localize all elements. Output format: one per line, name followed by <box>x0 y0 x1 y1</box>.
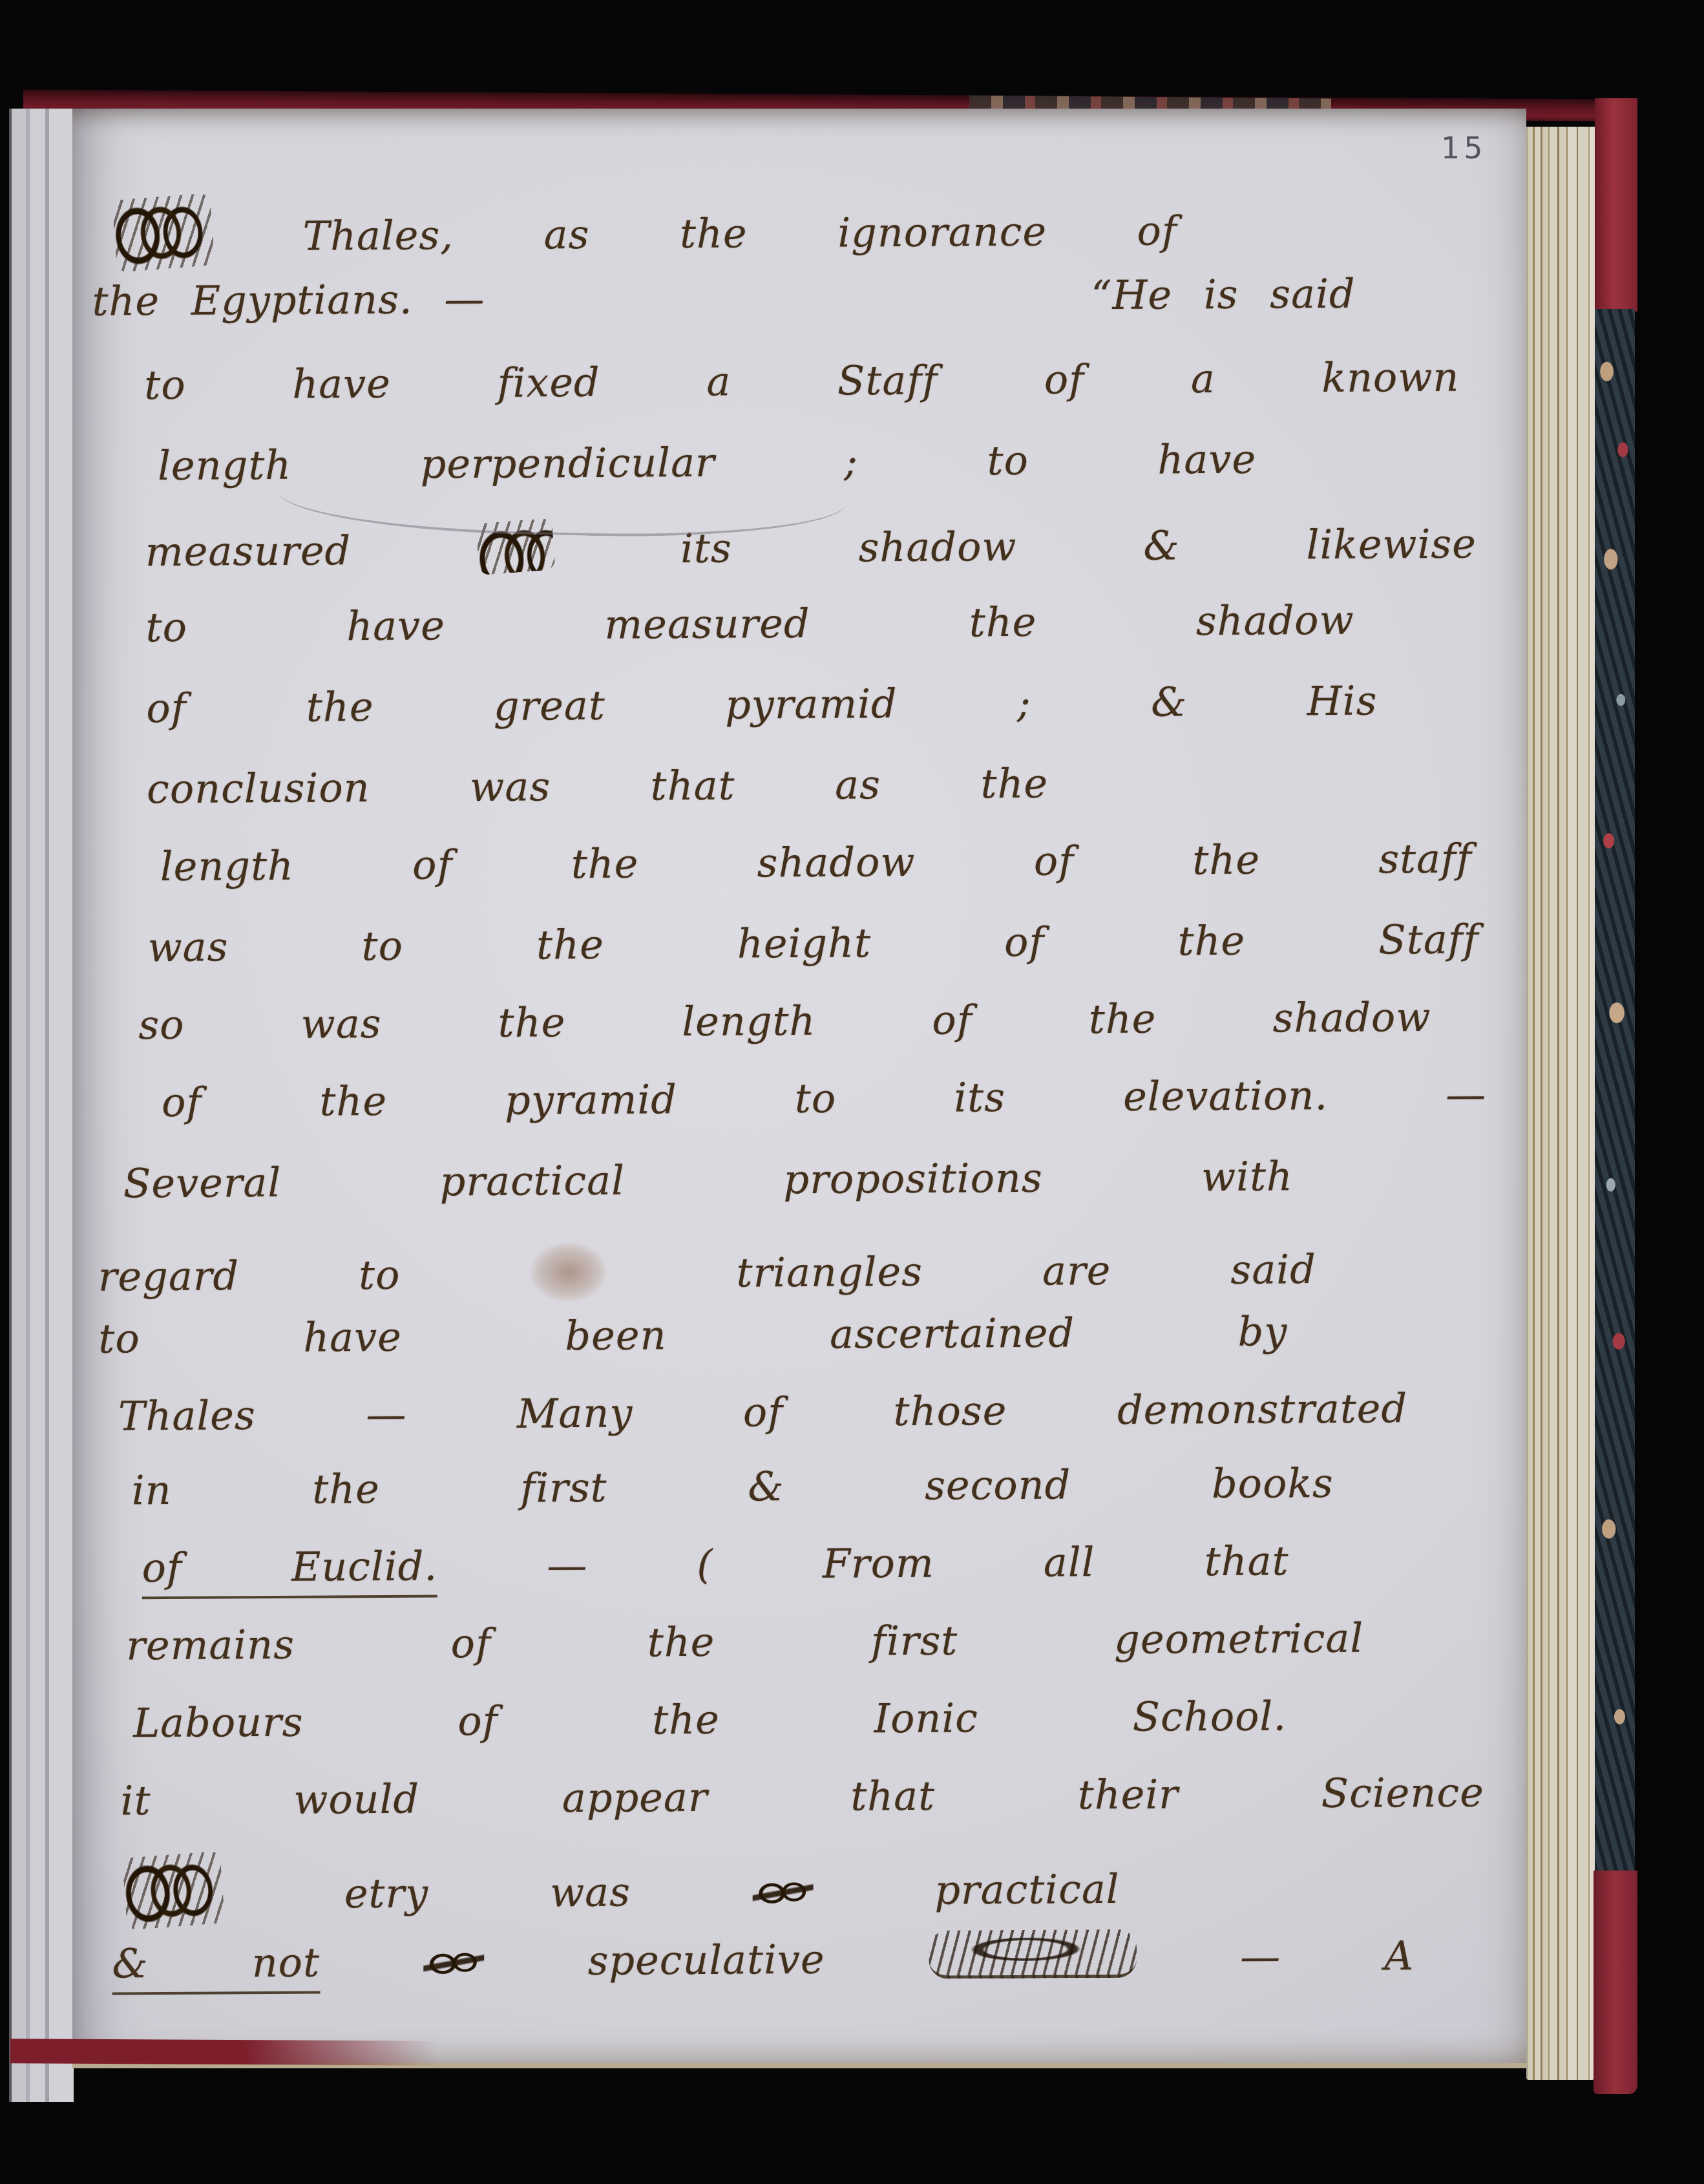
manuscript-line: Labours of the Ionic School. <box>133 1692 1287 1776</box>
manuscript-line: remains of the first geometrical <box>126 1615 1364 1699</box>
handwritten-text: regard to <box>98 1251 401 1300</box>
ink-blot-mark <box>752 1874 813 1912</box>
manuscript-line: so was the length of the shadow <box>138 993 1431 1077</box>
manuscript-line: regard to triangles are said <box>98 1230 1316 1314</box>
handwritten-text: measured <box>145 527 352 575</box>
red-leather-binding-bottom-left <box>10 2039 437 2065</box>
manuscript-line: of Euclid. — ( From all that <box>142 1537 1289 1620</box>
handwritten-text: Several practical propositions with <box>123 1152 1293 1207</box>
handwritten-text: it would appear that their Science <box>121 1769 1484 1825</box>
handwritten-text: the Egyptians. — <box>92 275 485 354</box>
ink-smudge-stain <box>520 1235 617 1310</box>
handwritten-text: “He is said <box>1091 270 1356 348</box>
manuscript-text: Thales, as the ignorance ofthe Egyptians… <box>67 104 1532 2068</box>
handwritten-text: remains of the first geometrical <box>126 1615 1363 1670</box>
handwritten-text: triangles are said <box>736 1246 1316 1296</box>
ink-blot-mark <box>423 1944 484 1982</box>
handwritten-text: Thales — Many of those demonstrated <box>118 1384 1407 1439</box>
manuscript-line: etry was practical <box>124 1849 1120 1931</box>
marbled-endpaper-edge <box>1595 309 1635 1873</box>
manuscript-line: conclusion was that as the <box>147 760 1049 842</box>
manuscript-line: to have measured the shadow <box>145 597 1354 680</box>
handwritten-text: — A <box>1240 1932 1415 1980</box>
handwritten-text: of Euclid. <box>142 1542 437 1599</box>
handwritten-text: Thales, as the ignorance of <box>302 207 1177 259</box>
handwritten-text: practical <box>934 1865 1120 1914</box>
manuscript-photo: 15 Thales, as the ignorance ofthe Egypti… <box>0 0 1704 2184</box>
handwritten-text: speculative <box>587 1936 825 1984</box>
page-fore-edges <box>1526 127 1599 2080</box>
manuscript-line: the Egyptians. — “He is said <box>92 270 1356 354</box>
manuscript-line: was to the height of the Staff <box>147 916 1479 1001</box>
red-leather-binding-bottom-right <box>1594 1871 1637 2094</box>
handwritten-text: to have measured the shadow <box>145 597 1354 651</box>
handwritten-text: to have been ascertained by <box>98 1308 1287 1362</box>
handwritten-text: Labours of the Ionic School. <box>133 1692 1287 1746</box>
manuscript-line: to have fixed a Staff of a known <box>144 354 1460 438</box>
previous-page-edge <box>9 109 74 2102</box>
handwritten-text: length perpendicular ; to have <box>158 436 1256 489</box>
handwritten-text: in the first & second books <box>132 1459 1334 1514</box>
handwritten-text: its shadow & likewise <box>680 520 1477 573</box>
handwritten-text: to have fixed a Staff of a known <box>144 354 1459 408</box>
handwritten-text: length of the shadow of the staff <box>160 835 1472 890</box>
red-leather-binding-top-right <box>1595 98 1637 312</box>
handwritten-text: conclusion was that as the <box>147 760 1048 813</box>
ink-scribble-mark <box>112 193 215 272</box>
manuscript-line: it would appear that their Science <box>121 1769 1485 1854</box>
handwritten-text: of the great pyramid ; & His <box>146 677 1377 732</box>
manuscript-line: of the great pyramid ; & His <box>146 677 1378 761</box>
handwritten-text: so was the length of the shadow <box>138 993 1431 1048</box>
handwritten-text: of the pyramid to its elevation. — <box>162 1071 1486 1127</box>
notebook-page: 15 Thales, as the ignorance ofthe Egypti… <box>72 109 1526 2068</box>
manuscript-line: in the first & second books <box>132 1459 1334 1543</box>
manuscript-line: measured its shadow & likewise <box>145 515 1477 600</box>
manuscript-line: length of the shadow of the staff <box>160 835 1473 919</box>
manuscript-line: of the pyramid to its elevation. — <box>162 1071 1487 1156</box>
struck-out-word <box>929 1929 1137 1979</box>
manuscript-line: & not speculative — A <box>112 1927 1415 2011</box>
handwritten-text: etry was <box>344 1869 631 1918</box>
ink-scribble-mark <box>122 1850 226 1930</box>
manuscript-line: Several practical propositions with <box>123 1152 1294 1236</box>
handwritten-text: & not <box>112 1939 320 1995</box>
handwritten-text: — ( From all that <box>547 1537 1289 1589</box>
manuscript-line: to have been ascertained by <box>98 1308 1288 1391</box>
manuscript-line: Thales, as the ignorance of <box>114 190 1178 273</box>
handwritten-text: was to the height of the Staff <box>147 916 1478 971</box>
manuscript-line: Thales — Many of those demonstrated <box>118 1384 1408 1468</box>
